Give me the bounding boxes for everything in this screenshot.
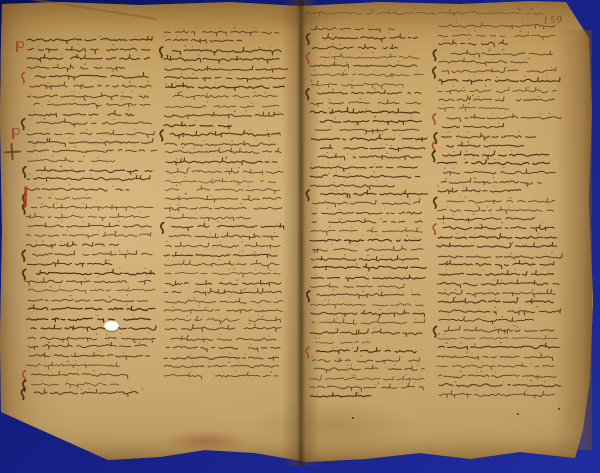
accent-dot bbox=[169, 205, 170, 206]
accent-dot bbox=[269, 140, 270, 141]
text-line bbox=[35, 73, 153, 80]
accent-dot bbox=[398, 61, 399, 62]
accent-dot bbox=[42, 240, 43, 241]
accent-dot bbox=[378, 290, 379, 291]
accent-dot bbox=[409, 383, 410, 384]
accent-dot bbox=[42, 380, 43, 381]
accent-dot bbox=[478, 96, 479, 97]
accent-dot bbox=[484, 316, 485, 317]
handwritten-text-layer bbox=[0, 0, 600, 473]
accent-dot bbox=[361, 355, 362, 356]
text-line bbox=[447, 142, 524, 147]
text-line bbox=[173, 47, 282, 55]
text-line bbox=[321, 190, 428, 198]
accent-dot bbox=[338, 198, 339, 199]
accent-dot bbox=[175, 82, 176, 83]
accent-dot bbox=[109, 342, 110, 343]
accent-dot bbox=[48, 342, 49, 343]
text-line bbox=[447, 199, 555, 204]
accent-dot bbox=[496, 253, 497, 254]
accent-dot bbox=[316, 274, 317, 275]
accent-dot bbox=[57, 45, 58, 46]
accent-dot bbox=[253, 65, 254, 66]
accent-dot bbox=[250, 101, 251, 102]
accent-dot bbox=[448, 315, 449, 316]
text-line bbox=[38, 197, 92, 199]
paragraph-initial bbox=[161, 223, 164, 234]
accent-dot bbox=[251, 103, 252, 104]
text-line bbox=[28, 288, 155, 294]
accent-dot bbox=[503, 49, 504, 50]
text-line bbox=[311, 275, 425, 281]
accent-dot bbox=[227, 221, 228, 222]
accent-dot bbox=[184, 176, 186, 178]
text-line bbox=[27, 318, 151, 322]
accent-dot bbox=[486, 141, 487, 142]
text-line bbox=[311, 72, 424, 77]
accent-dot bbox=[335, 117, 336, 118]
text-line bbox=[442, 133, 536, 140]
accent-dot bbox=[335, 328, 336, 329]
accent-dot bbox=[509, 207, 510, 208]
accent-dot bbox=[51, 146, 52, 147]
accent-dot bbox=[219, 27, 220, 28]
right-page-column-2 bbox=[432, 20, 562, 398]
accent-dot bbox=[337, 329, 338, 330]
text-line bbox=[34, 103, 156, 108]
accent-dot bbox=[385, 246, 386, 247]
accent-dot bbox=[34, 146, 35, 147]
accent-dot bbox=[66, 361, 67, 362]
accent-dot bbox=[381, 144, 382, 145]
accent-dot bbox=[445, 334, 446, 335]
accent-dot bbox=[489, 123, 490, 124]
accent-dot bbox=[319, 338, 320, 339]
accent-dot bbox=[234, 111, 235, 112]
accent-dot bbox=[344, 70, 345, 71]
accent-dot bbox=[314, 70, 315, 71]
accent-dot bbox=[28, 351, 29, 352]
accent-dot bbox=[388, 308, 389, 309]
accent-dot bbox=[148, 333, 149, 334]
accent-dot bbox=[270, 45, 272, 47]
accent-dot bbox=[90, 174, 91, 175]
accent-dot bbox=[464, 233, 465, 234]
accent-dot bbox=[135, 129, 136, 130]
accent-dot bbox=[336, 189, 337, 190]
accent-dot bbox=[70, 295, 71, 296]
accent-dot bbox=[133, 146, 134, 147]
accent-dot bbox=[338, 218, 339, 219]
accent-dot bbox=[328, 107, 329, 108]
accent-dot bbox=[241, 203, 242, 204]
accent-dot bbox=[489, 48, 490, 49]
accent-dot bbox=[549, 113, 550, 114]
accent-dot bbox=[537, 306, 538, 307]
text-line bbox=[437, 243, 557, 248]
accent-dot bbox=[374, 9, 375, 10]
accent-dot bbox=[453, 168, 454, 169]
accent-dot bbox=[540, 113, 541, 114]
paragraph-initial bbox=[433, 114, 436, 125]
accent-dot bbox=[46, 129, 47, 130]
text-line bbox=[166, 186, 280, 194]
accent-dot bbox=[378, 281, 379, 282]
accent-dot bbox=[479, 224, 480, 225]
text-line bbox=[437, 335, 557, 339]
accent-dot bbox=[372, 152, 373, 153]
text-line bbox=[439, 383, 560, 386]
text-line bbox=[439, 309, 560, 315]
accent-dot bbox=[96, 333, 98, 335]
accent-dot bbox=[495, 372, 496, 373]
accent-dot bbox=[333, 289, 334, 290]
accent-dot bbox=[468, 131, 469, 132]
accent-dot bbox=[196, 212, 197, 213]
accent-dot bbox=[546, 76, 547, 77]
accent-dot bbox=[531, 8, 532, 9]
text-line bbox=[451, 50, 557, 57]
accent-dot bbox=[60, 166, 61, 167]
accent-dot bbox=[419, 310, 420, 311]
text-line bbox=[444, 169, 556, 175]
text-line bbox=[166, 280, 281, 286]
accent-dot bbox=[343, 317, 344, 318]
accent-dot bbox=[29, 174, 30, 175]
text-line bbox=[28, 305, 155, 311]
accent-dot bbox=[119, 268, 120, 269]
accent-dot bbox=[457, 233, 458, 234]
accent-dot bbox=[382, 255, 383, 256]
text-line bbox=[312, 219, 422, 223]
accent-dot bbox=[446, 269, 447, 270]
paragraph-initial bbox=[23, 269, 26, 280]
accent-dot bbox=[166, 55, 167, 56]
accent-dot bbox=[415, 382, 416, 383]
text-line bbox=[164, 356, 282, 360]
accent-dot bbox=[414, 237, 415, 238]
accent-dot bbox=[40, 72, 41, 73]
accent-dot bbox=[222, 278, 223, 279]
text-line bbox=[164, 31, 279, 36]
accent-dot bbox=[475, 234, 476, 235]
accent-dot bbox=[337, 318, 338, 319]
text-line bbox=[438, 207, 554, 214]
accent-dot bbox=[387, 61, 388, 62]
accent-dot bbox=[192, 73, 193, 74]
accent-dot bbox=[70, 167, 71, 168]
text-line bbox=[438, 343, 559, 350]
accent-dot bbox=[128, 110, 129, 111]
accent-dot bbox=[316, 208, 317, 209]
accent-dot bbox=[474, 344, 475, 345]
accent-dot bbox=[228, 362, 229, 363]
accent-dot bbox=[520, 31, 521, 32]
right-page-header-line bbox=[305, 8, 543, 16]
accent-dot bbox=[364, 134, 365, 135]
accent-dot bbox=[456, 22, 457, 23]
accent-dot bbox=[318, 81, 320, 83]
accent-dot bbox=[401, 133, 402, 134]
accent-dot bbox=[173, 214, 174, 215]
accent-dot bbox=[41, 173, 42, 174]
accent-dot bbox=[369, 9, 370, 10]
text-line bbox=[311, 310, 425, 317]
accent-dot bbox=[113, 44, 114, 45]
accent-dot bbox=[351, 365, 352, 366]
accent-dot bbox=[72, 213, 73, 214]
accent-dot bbox=[453, 151, 454, 152]
accent-dot bbox=[333, 190, 334, 191]
accent-dot bbox=[191, 354, 192, 355]
text-line bbox=[310, 383, 423, 391]
accent-dot bbox=[530, 380, 531, 381]
accent-dot bbox=[357, 245, 358, 246]
accent-dot bbox=[354, 375, 355, 376]
accent-dot bbox=[328, 300, 329, 301]
accent-dot bbox=[506, 67, 507, 68]
accent-dot bbox=[517, 8, 518, 9]
accent-dot bbox=[508, 197, 509, 198]
text-line bbox=[439, 40, 508, 47]
text-line bbox=[437, 363, 554, 370]
accent-dot bbox=[211, 288, 212, 289]
text-line bbox=[165, 112, 283, 118]
accent-dot bbox=[326, 125, 327, 126]
text-line bbox=[27, 64, 124, 72]
accent-dot bbox=[203, 140, 204, 141]
accent-dot bbox=[460, 149, 461, 150]
accent-dot bbox=[111, 166, 112, 167]
text-line bbox=[312, 357, 422, 364]
accent-dot bbox=[139, 34, 140, 35]
accent-dot bbox=[513, 325, 514, 326]
accent-dot bbox=[545, 253, 546, 254]
accent-dot bbox=[109, 296, 110, 297]
text-line bbox=[31, 204, 153, 211]
accent-dot bbox=[445, 178, 446, 179]
accent-dot bbox=[185, 45, 186, 46]
accent-dot bbox=[483, 269, 484, 270]
accent-dot bbox=[182, 122, 183, 123]
text-line bbox=[311, 283, 409, 288]
text-line bbox=[439, 96, 554, 101]
text-line bbox=[164, 310, 283, 314]
text-line bbox=[34, 389, 150, 396]
accent-dot bbox=[35, 259, 36, 260]
text-line bbox=[164, 365, 279, 368]
accent-dot bbox=[229, 296, 230, 297]
accent-dot bbox=[254, 287, 255, 288]
accent-dot bbox=[271, 66, 272, 67]
accent-dot bbox=[511, 150, 512, 151]
accent-dot bbox=[317, 44, 318, 45]
text-line bbox=[166, 148, 281, 153]
accent-dot bbox=[62, 221, 63, 222]
accent-dot bbox=[276, 250, 277, 251]
accent-dot bbox=[360, 98, 361, 99]
accent-dot bbox=[344, 254, 345, 255]
text-line bbox=[27, 175, 150, 181]
accent-dot bbox=[176, 158, 177, 159]
text-line bbox=[165, 272, 280, 277]
accent-dot bbox=[75, 146, 76, 147]
text-line bbox=[37, 119, 152, 127]
accent-dot bbox=[147, 276, 148, 277]
accent-dot bbox=[56, 202, 57, 203]
text-line bbox=[26, 232, 151, 238]
accent-dot bbox=[119, 221, 120, 222]
accent-dot bbox=[333, 89, 334, 90]
accent-dot bbox=[129, 82, 130, 83]
accent-dot bbox=[276, 298, 277, 299]
accent-dot bbox=[194, 297, 195, 298]
accent-dot bbox=[324, 60, 325, 61]
accent-dot bbox=[173, 54, 174, 55]
text-line bbox=[312, 44, 397, 49]
accent-dot bbox=[255, 325, 256, 326]
text-line bbox=[312, 246, 423, 253]
accent-dot bbox=[147, 81, 148, 82]
accent-dot bbox=[57, 221, 58, 222]
text-line bbox=[439, 35, 556, 40]
accent-dot bbox=[244, 177, 245, 178]
accent-dot bbox=[327, 152, 328, 153]
accent-dot bbox=[229, 73, 230, 74]
accent-dot bbox=[333, 33, 334, 34]
accent-dot bbox=[264, 73, 265, 74]
accent-dot bbox=[377, 235, 378, 236]
accent-dot bbox=[267, 130, 268, 131]
accent-dot bbox=[382, 134, 383, 135]
accent-dot bbox=[59, 286, 60, 287]
text-line bbox=[164, 260, 279, 268]
paragraph-initial bbox=[22, 73, 25, 84]
accent-dot bbox=[492, 361, 493, 362]
accent-dot bbox=[413, 125, 414, 126]
accent-dot bbox=[529, 58, 530, 59]
accent-dot bbox=[465, 325, 466, 326]
accent-dot bbox=[42, 203, 43, 204]
accent-dot bbox=[135, 342, 136, 343]
accent-dot bbox=[170, 214, 171, 215]
accent-dot bbox=[201, 147, 202, 148]
text-line bbox=[438, 289, 555, 297]
accent-dot bbox=[76, 360, 77, 361]
accent-dot bbox=[474, 75, 475, 76]
accent-dot bbox=[324, 145, 325, 146]
accent-dot bbox=[475, 30, 476, 31]
text-line bbox=[164, 55, 279, 63]
accent-dot bbox=[548, 270, 549, 271]
accent-dot bbox=[139, 212, 140, 213]
accent-dot bbox=[80, 369, 81, 370]
accent-dot bbox=[182, 147, 183, 148]
accent-dot bbox=[442, 9, 443, 10]
accent-dot bbox=[453, 86, 454, 87]
accent-dot bbox=[341, 218, 342, 219]
accent-dot bbox=[472, 95, 473, 96]
accent-dot bbox=[503, 381, 504, 382]
text-line bbox=[438, 375, 556, 379]
text-line bbox=[26, 213, 149, 220]
accent-dot bbox=[244, 354, 245, 355]
accent-dot bbox=[47, 82, 48, 83]
accent-dot bbox=[78, 44, 79, 45]
accent-dot bbox=[357, 263, 358, 264]
accent-dot bbox=[61, 241, 62, 242]
accent-dot bbox=[351, 227, 352, 228]
accent-dot bbox=[318, 218, 319, 219]
accent-dot bbox=[127, 250, 128, 251]
accent-dot bbox=[493, 279, 494, 280]
accent-dot bbox=[525, 390, 526, 391]
accent-dot bbox=[438, 185, 439, 186]
accent-dot bbox=[367, 255, 368, 256]
accent-dot bbox=[194, 325, 195, 326]
accent-dot bbox=[167, 241, 168, 242]
accent-dot bbox=[515, 269, 516, 270]
accent-dot bbox=[463, 87, 464, 88]
accent-dot bbox=[74, 54, 75, 55]
accent-dot bbox=[404, 309, 405, 310]
accent-dot bbox=[97, 315, 98, 316]
accent-dot bbox=[542, 222, 543, 223]
marginal-cross-icon bbox=[3, 142, 21, 160]
accent-dot bbox=[374, 163, 375, 164]
accent-dot bbox=[140, 139, 141, 140]
text-line bbox=[37, 167, 155, 175]
accent-dot bbox=[516, 298, 518, 300]
accent-dot bbox=[113, 185, 114, 186]
accent-dot bbox=[532, 289, 533, 290]
accent-dot bbox=[551, 67, 552, 68]
text-line bbox=[437, 354, 556, 361]
accent-dot bbox=[419, 375, 420, 376]
accent-dot bbox=[172, 261, 173, 262]
accent-dot bbox=[368, 25, 369, 26]
accent-dot bbox=[195, 156, 196, 157]
accent-dot bbox=[205, 307, 206, 308]
accent-dot bbox=[487, 206, 488, 207]
accent-dot bbox=[115, 231, 116, 232]
accent-dot bbox=[346, 62, 347, 63]
accent-dot bbox=[447, 206, 448, 207]
accent-dot bbox=[473, 158, 474, 159]
accent-dot bbox=[260, 305, 261, 306]
accent-dot bbox=[477, 206, 478, 207]
accent-dot bbox=[140, 55, 141, 56]
accent-dot bbox=[259, 47, 260, 48]
accent-dot bbox=[409, 199, 410, 200]
accent-dot bbox=[494, 159, 495, 160]
paragraph-initial bbox=[433, 67, 436, 78]
accent-dot bbox=[139, 342, 141, 344]
text-line bbox=[442, 123, 503, 128]
paragraph-initial bbox=[23, 167, 26, 178]
accent-dot bbox=[61, 54, 62, 55]
accent-dot bbox=[255, 27, 256, 28]
text-line bbox=[165, 299, 283, 304]
accent-dot bbox=[278, 167, 279, 168]
text-line bbox=[28, 223, 156, 227]
accent-dot bbox=[244, 131, 245, 132]
accent-dot bbox=[142, 388, 143, 389]
accent-dot bbox=[493, 177, 494, 178]
accent-dot bbox=[257, 315, 258, 316]
accent-dot bbox=[355, 262, 356, 263]
text-line bbox=[438, 87, 557, 94]
